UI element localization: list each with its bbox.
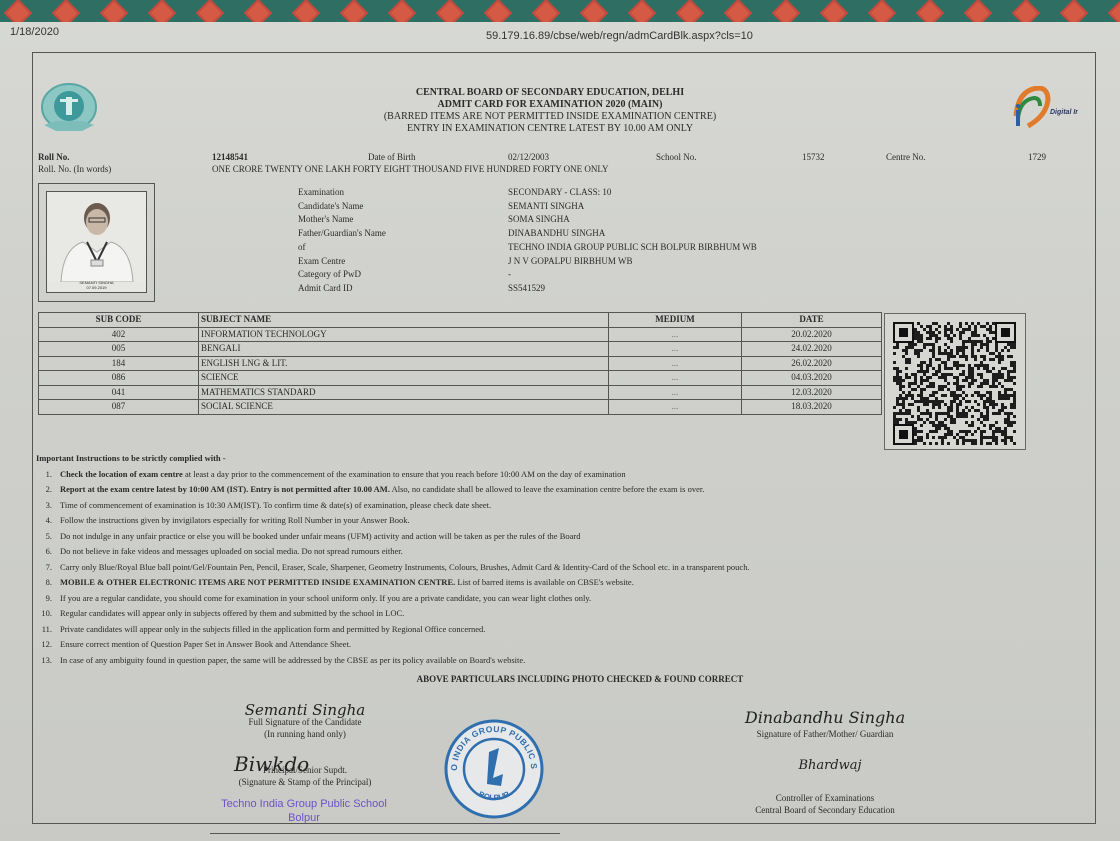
instruction-item: 3.Time of commencement of examination is… — [36, 498, 1096, 514]
sub-code: 005 — [39, 342, 199, 357]
detail-row: Exam CentreJ N V GOPALPU BIRBHUM WB — [298, 255, 757, 269]
col-subject-name: SUBJECT NAME — [199, 313, 609, 328]
candidate-details: ExaminationSECONDARY - CLASS: 10Candidat… — [298, 186, 757, 296]
controller-signature-block: Bhardwaj Controller of Examinations Cent… — [720, 760, 930, 816]
roll-no-value: 12148541 — [212, 152, 248, 162]
photo-caption: SEMANTI SINGHA 07.09.2019 — [47, 280, 146, 290]
instruction-text: MOBILE & OTHER ELECTRONIC ITEMS ARE NOT … — [60, 575, 634, 591]
instruction-emphasis: Report at the exam centre latest by 10:0… — [60, 484, 390, 494]
instructions-title: Important Instructions to be strictly co… — [36, 451, 1096, 467]
instruction-item: 7.Carry only Blue/Royal Blue ball point/… — [36, 560, 1096, 576]
sub-code: 402 — [39, 327, 199, 342]
instruction-text: Check the location of exam centre at lea… — [60, 467, 626, 483]
guardian-signature-block: Dinabandhu Singha Signature of Father/Mo… — [720, 712, 930, 740]
instruction-item: 1.Check the location of exam centre at l… — [36, 467, 1096, 483]
instruction-body: Do not believe in fake videos and messag… — [60, 546, 403, 556]
instruction-number: 2. — [36, 482, 60, 498]
detail-label: Mother's Name — [298, 213, 508, 227]
instruction-text: Report at the exam centre latest by 10:0… — [60, 482, 704, 498]
instruction-body: Follow the instructions given by invigil… — [60, 515, 410, 525]
roll-no-label: Roll No. — [38, 152, 70, 162]
medium: ... — [609, 371, 742, 386]
table-row: 402INFORMATION TECHNOLOGY...20.02.2020 — [39, 327, 882, 342]
instruction-text: Follow the instructions given by invigil… — [60, 513, 410, 529]
instruction-number: 12. — [36, 637, 60, 653]
exam-date: 04.03.2020 — [742, 371, 882, 386]
dob-label: Date of Birth — [368, 152, 416, 162]
instruction-body: Do not indulge in any unfair practice or… — [60, 531, 580, 541]
instruction-text: Do not believe in fake videos and messag… — [60, 544, 403, 560]
candidate-portrait-icon — [47, 192, 146, 282]
controller-signature: Bhardwaj — [720, 760, 930, 772]
medium: ... — [609, 385, 742, 400]
exam-date: 20.02.2020 — [742, 327, 882, 342]
qr-code — [884, 313, 1026, 450]
instructions: Important Instructions to be strictly co… — [36, 451, 1096, 668]
centre-no-value: 1729 — [1028, 152, 1046, 162]
centre-no-label: Centre No. — [886, 152, 926, 162]
board-name: CENTRAL BOARD OF SECONDARY EDUCATION, DE… — [300, 87, 800, 99]
exam-date: 26.02.2020 — [742, 356, 882, 371]
candidate-signature-note: (In running hand only) — [220, 728, 390, 740]
subject-name: BENGALI — [199, 342, 609, 357]
instruction-number: 7. — [36, 560, 60, 576]
sub-code: 087 — [39, 400, 199, 415]
svg-text:Digital India: Digital India — [1050, 109, 1078, 116]
school-no-label: School No. — [656, 152, 697, 162]
medium: ... — [609, 327, 742, 342]
detail-value: SS541529 — [508, 282, 545, 296]
instruction-item: 10.Regular candidates will appear only i… — [36, 606, 1096, 622]
detail-label: Admit Card ID — [298, 282, 508, 296]
instruction-emphasis: MOBILE & OTHER ELECTRONIC ITEMS ARE NOT … — [60, 577, 455, 587]
col-sub-code: SUB CODE — [39, 313, 199, 328]
candidate-photo-frame: SEMANTI SINGHA 07.09.2019 — [38, 183, 155, 302]
detail-label: Examination — [298, 186, 508, 200]
instruction-text: Do not indulge in any unfair practice or… — [60, 529, 580, 545]
subject-name: INFORMATION TECHNOLOGY — [199, 327, 609, 342]
detail-label: Exam Centre — [298, 255, 508, 269]
instruction-number: 11. — [36, 622, 60, 638]
candidate-photo: SEMANTI SINGHA 07.09.2019 — [46, 191, 147, 293]
instruction-text: In case of any ambiguity found in questi… — [60, 653, 525, 669]
detail-label: Category of PwD — [298, 268, 508, 282]
instruction-body: If you are a regular candidate, you shou… — [60, 593, 591, 603]
principal-signature-block: Biwkdo Principal/Senior Supdt. (Signatur… — [220, 758, 390, 788]
instruction-text: If you are a regular candidate, you shou… — [60, 591, 591, 607]
medium: ... — [609, 356, 742, 371]
instruction-item: 5.Do not indulge in any unfair practice … — [36, 529, 1096, 545]
instruction-text: Time of commencement of examination is 1… — [60, 498, 491, 514]
detail-label: Candidate's Name — [298, 200, 508, 214]
entry-time-note: ENTRY IN EXAMINATION CENTRE LATEST BY 10… — [300, 123, 800, 135]
admit-card-title: ADMIT CARD FOR EXAMINATION 2020 (MAIN) — [300, 99, 800, 111]
roll-info: Roll No. Roll. No. (In words) 12148541 O… — [38, 152, 1098, 176]
stamp-school-name: Techno India Group Public School — [214, 797, 394, 811]
instruction-item: 13.In case of any ambiguity found in que… — [36, 653, 1096, 669]
instruction-number: 4. — [36, 513, 60, 529]
instruction-number: 9. — [36, 591, 60, 607]
stamp-school-location: Bolpur — [214, 811, 394, 825]
table-row: 005BENGALI...24.02.2020 — [39, 342, 882, 357]
table-row: 087SOCIAL SCIENCE...18.03.2020 — [39, 400, 882, 415]
detail-value: TECHNO INDIA GROUP PUBLIC SCH BOLPUR BIR… — [508, 241, 757, 255]
detail-label: of — [298, 241, 508, 255]
detail-value: SOMA SINGHA — [508, 213, 570, 227]
barred-items-note: (BARRED ITEMS ARE NOT PERMITTED INSIDE E… — [300, 111, 800, 123]
detail-row: Father/Guardian's NameDINABANDHU SINGHA — [298, 227, 757, 241]
confirmation-statement: ABOVE PARTICULARS INCLUDING PHOTO CHECKE… — [380, 674, 780, 684]
roll-words-label: Roll. No. (In words) — [38, 164, 111, 174]
detail-row: Admit Card IDSS541529 — [298, 282, 757, 296]
photo-caption-date: 07.09.2019 — [47, 285, 146, 290]
instruction-body: at least a day prior to the commencement… — [183, 469, 626, 479]
medium: ... — [609, 342, 742, 357]
instruction-text: Ensure correct mention of Question Paper… — [60, 637, 351, 653]
medium: ... — [609, 400, 742, 415]
col-medium: MEDIUM — [609, 313, 742, 328]
col-date: DATE — [742, 313, 882, 328]
school-no-value: 15732 — [802, 152, 825, 162]
subjects-table: SUB CODE SUBJECT NAME MEDIUM DATE 402INF… — [38, 312, 882, 415]
instruction-text: Carry only Blue/Royal Blue ball point/Ge… — [60, 560, 750, 576]
sub-code: 184 — [39, 356, 199, 371]
instruction-body: Also, no candidate shall be allowed to l… — [390, 484, 704, 494]
detail-label: Father/Guardian's Name — [298, 227, 508, 241]
exam-date: 24.02.2020 — [742, 342, 882, 357]
print-date: 1/18/2020 — [10, 26, 59, 38]
table-row: 041MATHEMATICS STANDARD...12.03.2020 — [39, 385, 882, 400]
instruction-body: Private candidates will appear only in t… — [60, 624, 485, 634]
qr-code-icon — [885, 314, 1025, 449]
instruction-number: 6. — [36, 544, 60, 560]
instruction-body: Carry only Blue/Royal Blue ball point/Ge… — [60, 562, 750, 572]
instruction-item: 12.Ensure correct mention of Question Pa… — [36, 637, 1096, 653]
instruction-body: Time of commencement of examination is 1… — [60, 500, 491, 510]
detail-value: SECONDARY - CLASS: 10 — [508, 186, 611, 200]
school-seal-icon: TECHNO INDIA GROUP PUBLIC SCHOOL BOLPUR — [443, 718, 545, 820]
subject-name: MATHEMATICS STANDARD — [199, 385, 609, 400]
instruction-number: 5. — [36, 529, 60, 545]
detail-row: Candidate's NameSEMANTI SINGHA — [298, 200, 757, 214]
sub-code: 086 — [39, 371, 199, 386]
subject-name: ENGLISH LNG & LIT. — [199, 356, 609, 371]
instruction-number: 8. — [36, 575, 60, 591]
principal-signature-label: (Signature & Stamp of the Principal) — [220, 776, 390, 788]
detail-row: Category of PwD- — [298, 268, 757, 282]
subjects-header-row: SUB CODE SUBJECT NAME MEDIUM DATE — [39, 313, 882, 328]
instruction-number: 10. — [36, 606, 60, 622]
candidate-signature-block: Semanti Singha Full Signature of the Can… — [220, 704, 390, 740]
controller-label: Controller of Examinations — [720, 792, 930, 804]
sub-code: 041 — [39, 385, 199, 400]
instruction-emphasis: Check the location of exam centre — [60, 469, 183, 479]
roll-words-value: ONE CRORE TWENTY ONE LAKH FORTY EIGHT TH… — [212, 164, 609, 174]
school-name-stamp: Techno India Group Public School Bolpur — [214, 797, 394, 825]
instruction-item: 9.If you are a regular candidate, you sh… — [36, 591, 1096, 607]
exam-date: 12.03.2020 — [742, 385, 882, 400]
guardian-signature: Dinabandhu Singha — [720, 712, 930, 724]
instruction-body: In case of any ambiguity found in questi… — [60, 655, 525, 665]
candidate-signature: Semanti Singha — [220, 704, 390, 716]
bottom-divider — [210, 833, 560, 834]
instruction-item: 4.Follow the instructions given by invig… — [36, 513, 1096, 529]
print-url: 59.179.16.89/cbse/web/regn/admCardBlk.as… — [486, 30, 753, 42]
document-header: CENTRAL BOARD OF SECONDARY EDUCATION, DE… — [300, 87, 800, 135]
detail-value: - — [508, 268, 511, 282]
instruction-text: Regular candidates will appear only in s… — [60, 606, 404, 622]
detail-row: ofTECHNO INDIA GROUP PUBLIC SCH BOLPUR B… — [298, 241, 757, 255]
instruction-item: 8.MOBILE & OTHER ELECTRONIC ITEMS ARE NO… — [36, 575, 1096, 591]
subject-name: SCIENCE — [199, 371, 609, 386]
controller-board-label: Central Board of Secondary Education — [720, 804, 930, 816]
detail-row: Mother's NameSOMA SINGHA — [298, 213, 757, 227]
instruction-number: 3. — [36, 498, 60, 514]
table-row: 086SCIENCE...04.03.2020 — [39, 371, 882, 386]
instruction-number: 13. — [36, 653, 60, 669]
exam-date: 18.03.2020 — [742, 400, 882, 415]
instruction-body: List of barred items is available on CBS… — [455, 577, 634, 587]
instruction-text: Private candidates will appear only in t… — [60, 622, 485, 638]
instruction-body: Ensure correct mention of Question Paper… — [60, 639, 351, 649]
instruction-item: 2.Report at the exam centre latest by 10… — [36, 482, 1096, 498]
instruction-body: Regular candidates will appear only in s… — [60, 608, 404, 618]
dob-value: 02/12/2003 — [508, 152, 549, 162]
instruction-number: 1. — [36, 467, 60, 483]
guardian-signature-label: Signature of Father/Mother/ Guardian — [720, 728, 930, 740]
detail-value: J N V GOPALPU BIRBHUM WB — [508, 255, 632, 269]
detail-row: ExaminationSECONDARY - CLASS: 10 — [298, 186, 757, 200]
instruction-item: 11.Private candidates will appear only i… — [36, 622, 1096, 638]
table-row: 184ENGLISH LNG & LIT....26.02.2020 — [39, 356, 882, 371]
subject-name: SOCIAL SCIENCE — [199, 400, 609, 415]
detail-value: DINABANDHU SINGHA — [508, 227, 605, 241]
digital-india-logo-icon: Digital India — [1008, 86, 1078, 130]
detail-value: SEMANTI SINGHA — [508, 200, 584, 214]
instruction-item: 6.Do not believe in fake videos and mess… — [36, 544, 1096, 560]
cbse-logo-icon — [38, 81, 100, 139]
